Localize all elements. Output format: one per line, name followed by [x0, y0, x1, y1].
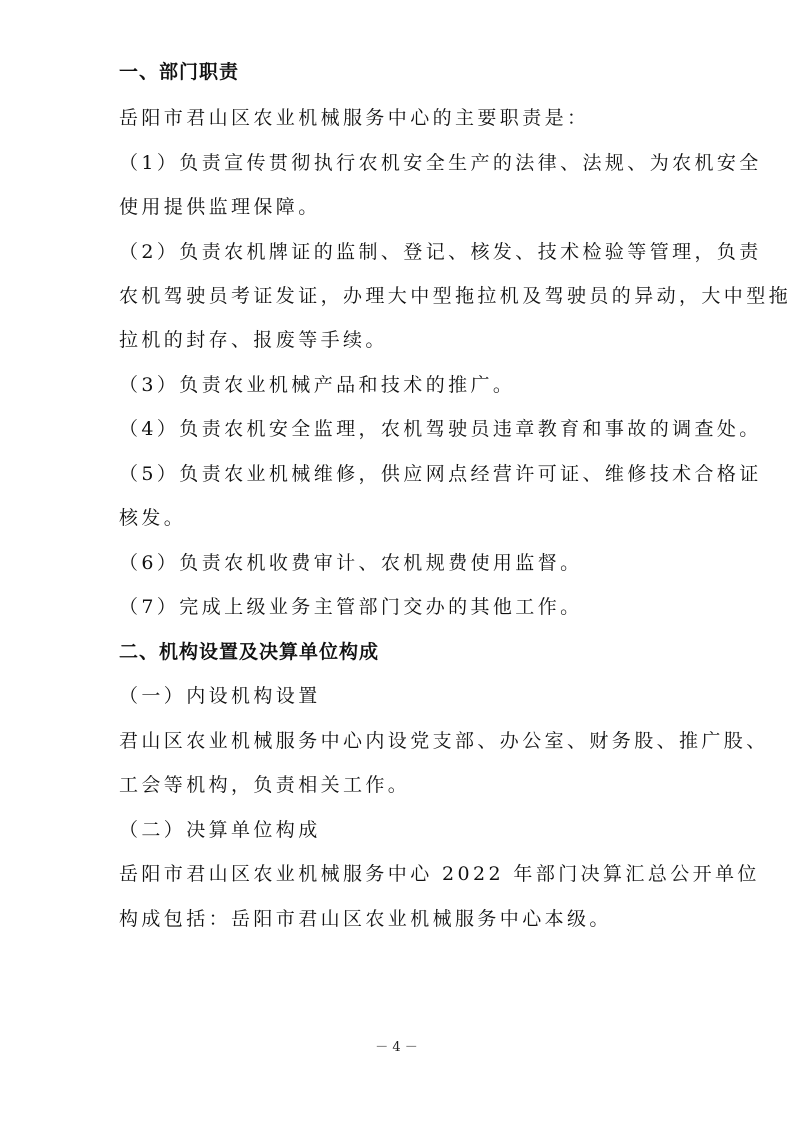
duty-item-6: （6）负责农机收费审计、农机规费使用监督。 — [119, 551, 729, 575]
duty-item-1-line-2: 使用提供监理保障。 — [119, 195, 729, 219]
subsection-internal-line-2: 工会等机构，负责相关工作。 — [119, 773, 729, 797]
duty-item-2-line-3: 拉机的封存、报废等手续。 — [119, 328, 729, 352]
duty-item-2-line-2: 农机驾驶员考证发证，办理大中型拖拉机及驾驶员的异动，大中型拖 — [119, 284, 729, 308]
page-number: － 4 － — [0, 1036, 793, 1055]
subsection-internal-title: （一）内设机构设置 — [119, 684, 729, 708]
duty-item-4: （4）负责农机安全监理，农机驾驶员违章教育和事故的调查处。 — [119, 417, 729, 441]
document-page: 一、部门职责 岳阳市君山区农业机械服务中心的主要职责是： （1）负责宣传贯彻执行… — [0, 0, 793, 1122]
subsection-units-line-2: 构成包括：岳阳市君山区农业机械服务中心本级。 — [119, 907, 729, 931]
subsection-units-title: （二）决算单位构成 — [119, 818, 729, 842]
subsection-units-line-1: 岳阳市君山区农业机械服务中心 2022 年部门决算汇总公开单位 — [119, 862, 729, 886]
duty-item-2-line-1: （2）负责农机牌证的监制、登记、核发、技术检验等管理，负责 — [119, 240, 729, 264]
section-heading-organization: 二、机构设置及决算单位构成 — [119, 640, 729, 664]
duty-item-3: （3）负责农业机械产品和技术的推广。 — [119, 373, 729, 397]
duty-item-7: （7）完成上级业务主管部门交办的其他工作。 — [119, 595, 729, 619]
duty-item-5-line-2: 核发。 — [119, 506, 729, 530]
duties-intro: 岳阳市君山区农业机械服务中心的主要职责是： — [119, 106, 729, 130]
subsection-internal-line-1: 君山区农业机械服务中心内设党支部、办公室、财务股、推广股、 — [119, 729, 729, 753]
section-heading-duties: 一、部门职责 — [119, 60, 729, 84]
duty-item-5-line-1: （5）负责农业机械维修，供应网点经营许可证、维修技术合格证 — [119, 462, 729, 486]
duty-item-1-line-1: （1）负责宣传贯彻执行农机安全生产的法律、法规、为农机安全 — [119, 151, 729, 175]
